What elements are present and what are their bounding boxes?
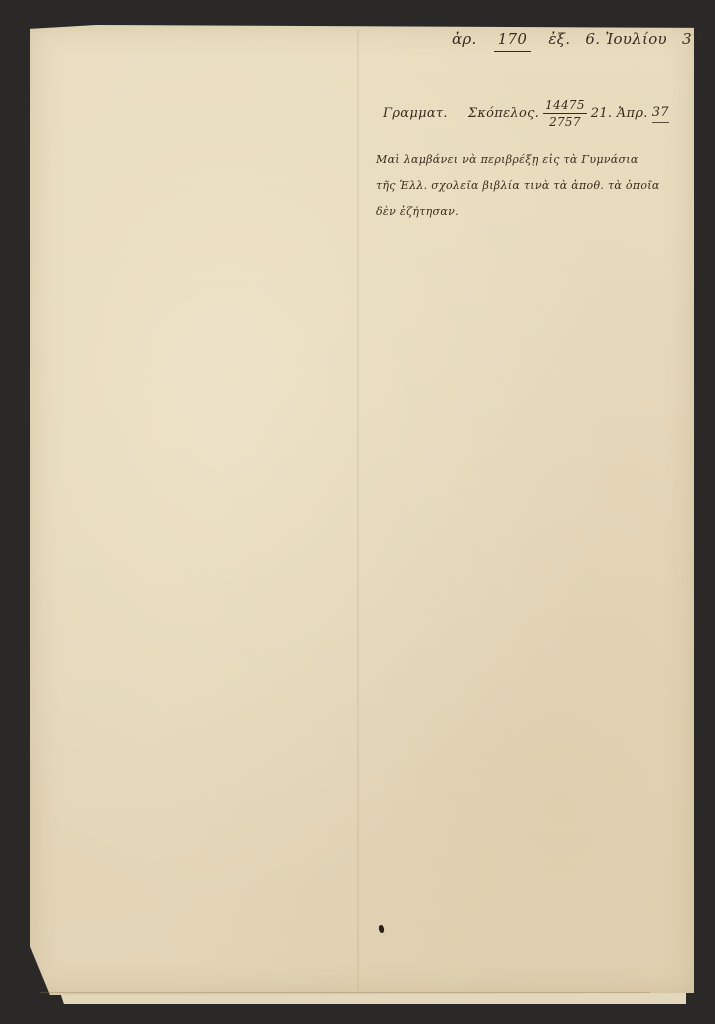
body-line: Μαὶ λαμβάνει νὰ περιβρέξῃ εἰς τὰ Γυμνάσι… xyxy=(376,147,696,173)
fraction-top: 14475 xyxy=(543,98,587,114)
document-scan: ἀρ. 170 ἐξ. 6. Ἰουλίου 37 Γραμματ. Σκόπε… xyxy=(0,0,715,1024)
fraction-bottom: 2757 xyxy=(549,114,581,129)
reference-label: Γραμματ. xyxy=(383,106,448,121)
registry-number: 170 xyxy=(494,30,532,52)
reference-place: Σκόπελος. xyxy=(468,106,539,121)
header-registry-line: ἀρ. 170 ἐξ. 6. Ἰουλίου 37 xyxy=(452,30,702,52)
header-label: ἐξ. xyxy=(548,30,570,48)
body-text: Μαὶ λαμβάνει νὰ περιβρέξῃ εἰς τὰ Γυμνάσι… xyxy=(376,147,696,225)
body-line: τῆς Ἑλλ. σχολεῖα βιβλία τινὰ τὰ ἀποθ. τὰ… xyxy=(376,173,696,199)
center-fold-crease xyxy=(357,30,359,990)
reference-line: Γραμματ. Σκόπελος. 14475 2757 21. Ἀπρ. 3… xyxy=(383,98,669,129)
reference-fraction: 14475 2757 xyxy=(543,98,587,129)
reference-date: 21. Ἀπρ. xyxy=(591,106,648,121)
header-prefix: ἀρ. xyxy=(452,30,477,48)
bottom-fold-crease xyxy=(40,992,650,993)
reference-year: 37 xyxy=(652,105,669,123)
header-year: 37 xyxy=(682,30,702,48)
header-date: 6. Ἰουλίου xyxy=(585,30,667,48)
body-line: δὲν ἐζήτησαν. xyxy=(376,199,696,225)
